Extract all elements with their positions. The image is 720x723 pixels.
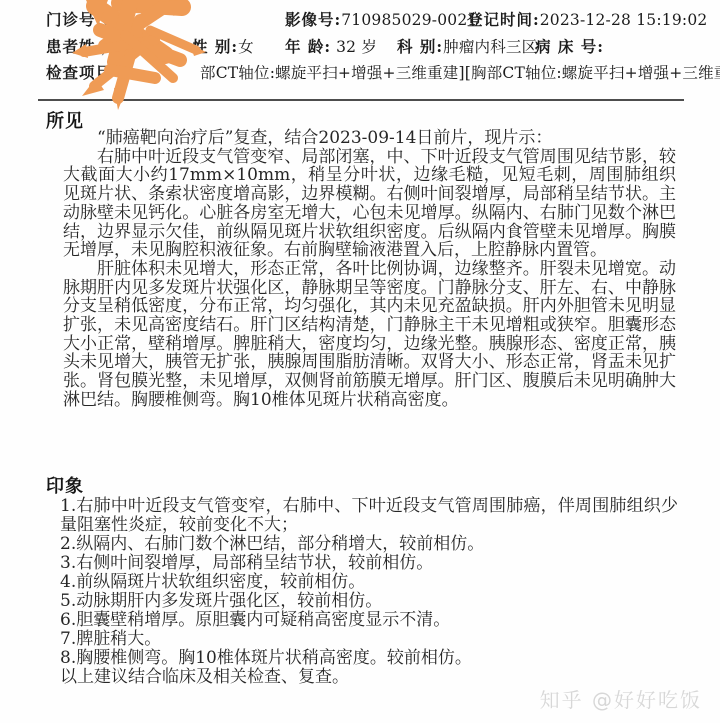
findings-paragraph: 右肺中叶近段支气管变窄、局部闭塞，中、下叶近段支气管周围见结节影，较大截面大小约… (63, 148, 676, 260)
outpatient-number-field: 门诊号:000 (46, 11, 132, 29)
findings-paragraph: 肝脏体积未见增大，形态正常，各叶比例协调，边缘整齐。肝裂未见增宽。动脉期肝内见多… (63, 260, 676, 410)
department-field: 科 别:肿瘤内科三区 (397, 38, 537, 56)
image-number-value: 710985029-0021 (341, 11, 477, 29)
findings-section: “肺癌靶向治疗后”复查，结合2023-09-14日前片，现片示： 右肺中叶近段支… (63, 129, 676, 410)
gender-field: 性 别:女 (192, 38, 254, 56)
outpatient-number-value: 000 (102, 11, 132, 29)
image-number-field: 影像号:710985029-0021 (285, 11, 477, 29)
registration-time-label: 登记时间: (467, 10, 540, 29)
impression-item: 3.右侧叶间裂增厚，局部稍呈结节状，较前相仿。 (60, 554, 678, 573)
age-label: 年 龄: (285, 37, 331, 56)
bed-number-field: 病 床 号: (535, 38, 604, 56)
outpatient-number-label: 门诊号: (46, 10, 102, 29)
impression-item: 1.右肺中叶近段支气管变窄，右肺中、下叶近段支气管周围肺癌，伴周围肺组织少量阻塞… (60, 497, 678, 535)
exam-items-value: 部CT轴位:螺旋平扫+增强+三维重建][胸部CT轴位:螺旋平扫+增强+三维重建] (200, 64, 720, 82)
department-label: 科 别: (397, 37, 443, 56)
registration-time-value: 2023-12-28 15:19:02 (540, 11, 708, 29)
patient-name-label: 患者姓 (46, 37, 96, 56)
age-field: 年 龄: 32 岁 (285, 38, 377, 56)
impression-item: 4.前纵隔斑片状软组织密度，较前相仿。 (60, 573, 678, 592)
header-divider (38, 99, 684, 101)
impression-item: 7.脾脏稍大。 (60, 630, 678, 649)
age-value: 32 岁 (336, 38, 377, 56)
impression-section: 1.右肺中叶近段支气管变窄，右肺中、下叶近段支气管周围肺癌，伴周围肺组织少量阻塞… (60, 497, 678, 687)
image-number-label: 影像号: (285, 10, 341, 29)
impression-item: 6.胆囊壁稍增厚。原胆囊内可疑稍高密度显示不清。 (60, 611, 678, 630)
exam-items-label: 检查项目 (46, 63, 112, 82)
exam-items-value-field: 部CT轴位:螺旋平扫+增强+三维重建][胸部CT轴位:螺旋平扫+增强+三维重建] (200, 64, 720, 82)
ct-report-document: 门诊号:000 影像号:710985029-0021 登记时间:2023-12-… (0, 0, 720, 723)
department-value: 肿瘤内科三区 (443, 38, 537, 56)
zhihu-watermark: 知乎 @好好吃饭 (540, 684, 702, 713)
impression-item: 8.胸腰椎侧弯。胸10椎体斑片状稍高密度。较前相仿。 (60, 649, 678, 668)
patient-name-value: ·， (96, 38, 117, 56)
bed-number-label: 病 床 号: (535, 37, 604, 56)
impression-item: 2.纵隔内、右肺门数个淋巴结，部分稍增大，较前相仿。 (60, 535, 678, 554)
exam-items-field: 检查项目 (46, 64, 112, 82)
gender-label: 性 别: (192, 37, 238, 56)
registration-time-field: 登记时间:2023-12-28 15:19:02 (467, 11, 707, 29)
impression-heading: 印象 (46, 472, 84, 498)
findings-paragraph: “肺癌靶向治疗后”复查，结合2023-09-14日前片，现片示： (63, 129, 676, 148)
patient-name-field: 患者姓·， (46, 38, 116, 56)
impression-item: 5.动脉期肝内多发斑片强化区，较前相仿。 (60, 592, 678, 611)
gender-value: 女 (238, 38, 254, 56)
